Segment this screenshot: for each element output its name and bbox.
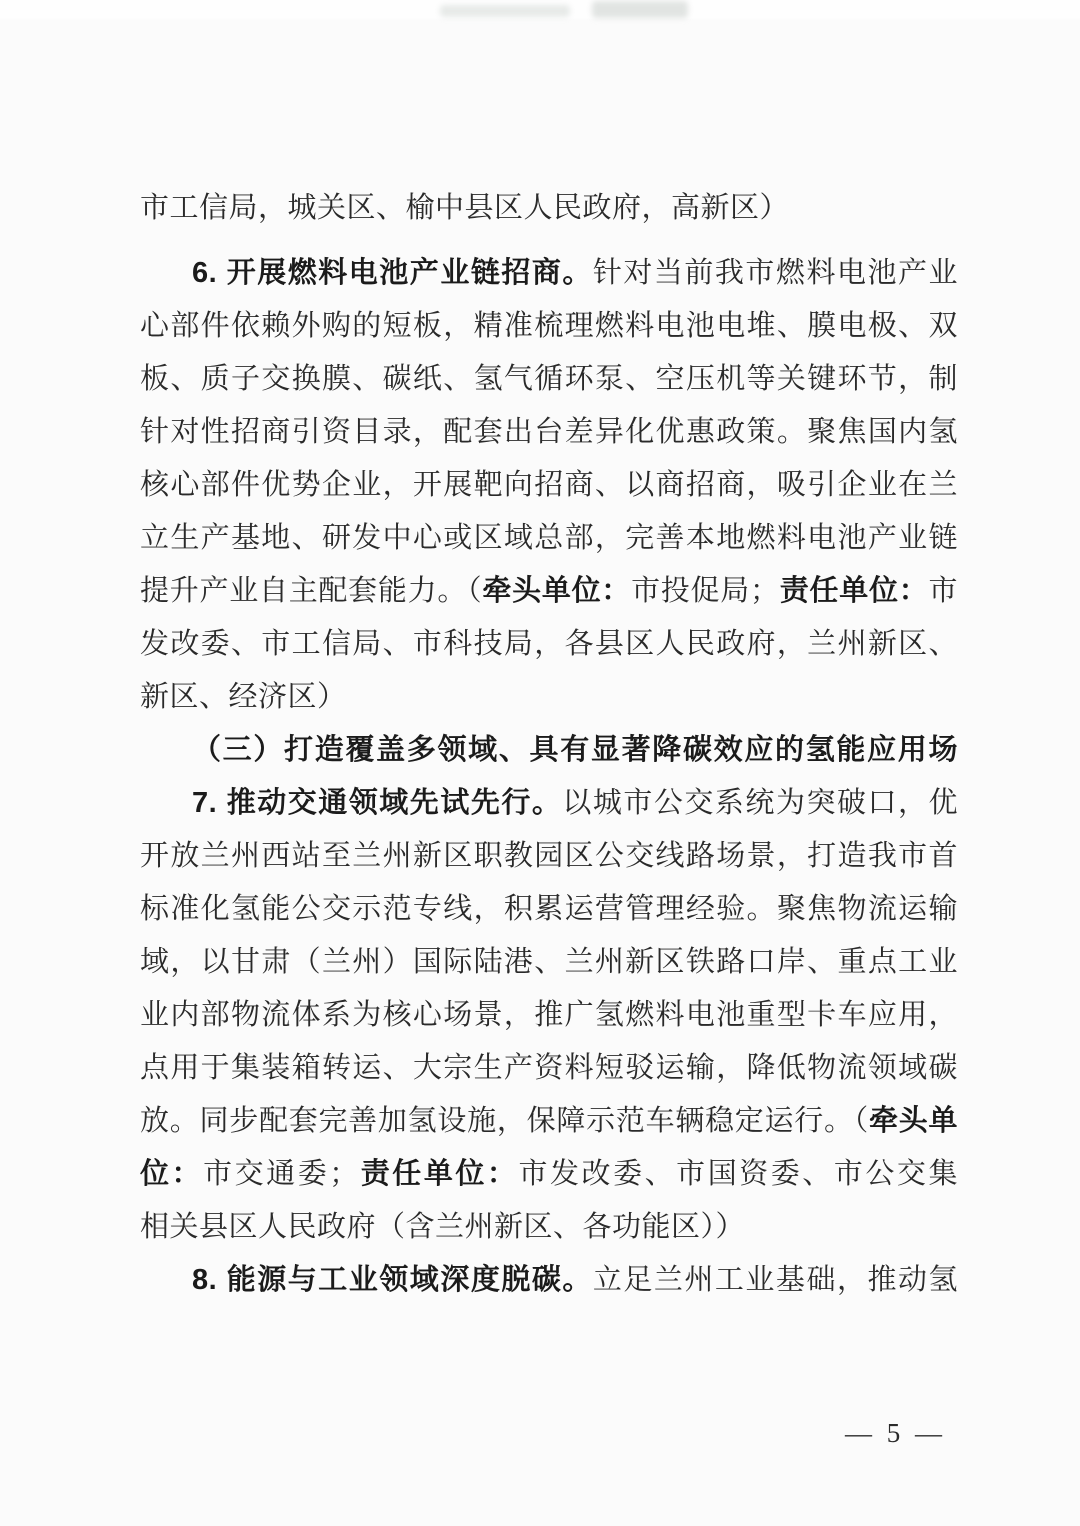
text-line-3: 心部件依赖外购的短板，精准梳理燃料电池电堆、膜电极、双极: [140, 300, 958, 353]
bold-text: 牵头单位：: [482, 575, 631, 607]
bold-text: 责任单位：: [780, 575, 929, 607]
body-text: 市工信局，城关区、榆中县区人民政府，高新区）: [140, 192, 789, 224]
bold-text: 牵头单: [869, 1105, 958, 1137]
body-text: 板、质子交换膜、碳纸、氢气循环泵、空压机等关键环节，制定: [140, 363, 958, 406]
text-line-4: 板、质子交换膜、碳纸、氢气循环泵、空压机等关键环节，制定: [140, 353, 958, 406]
body-text: 心部件依赖外购的短板，精准梳理燃料电池电堆、膜电极、双极: [140, 310, 958, 353]
bold-text: 位：: [140, 1158, 203, 1190]
text-line-2: 6. 开展燃料电池产业链招商。针对当前我市燃料电池产业核: [140, 247, 958, 300]
text-line-12: 7. 推动交通领域先试先行。以城市公交系统为突破口，优先: [140, 777, 958, 830]
text-line-18: 放。同步配套完善加氢设施，保障示范车辆稳定运行。（牵头单: [140, 1095, 958, 1148]
bold-text: 7. 推动交通领域先试先行。: [192, 787, 562, 819]
text-line-20: 相关县区人民政府（含兰州新区、各功能区））: [140, 1201, 958, 1254]
document-page: 市工信局，城关区、榆中县区人民政府，高新区）6. 开展燃料电池产业链招商。针对当…: [0, 0, 1080, 1526]
body-text: 市: [928, 575, 958, 607]
text-line-11: （三）打造覆盖多领域、具有显著降碳效应的氢能应用场景: [140, 724, 958, 777]
text-line-13: 开放兰州西站至兰州新区职教园区公交线路场景，打造我市首条: [140, 830, 958, 883]
text-line-8: 提升产业自主配套能力。（牵头单位：市投促局；责任单位：市: [140, 565, 958, 618]
bold-text: 责任单位：: [359, 1158, 519, 1190]
bold-text: （三）打造覆盖多领域、具有显著降碳效应的氢能应用场景: [140, 734, 958, 777]
bold-text: 6. 开展燃料电池产业链招商。: [192, 257, 593, 289]
body-text: 域，以甘肃（兰州）国际陆港、兰州新区铁路口岸、重点工业企: [140, 946, 958, 989]
text-line-1: 市工信局，城关区、榆中县区人民政府，高新区）: [140, 182, 958, 235]
body-text: 业内部物流体系为核心场景，推广氢燃料电池重型卡车应用，重: [140, 999, 958, 1042]
text-line-10: 新区、经济区）: [140, 671, 958, 724]
text-line-21: 8. 能源与工业领域深度脱碳。立足兰州工业基础，推动氢能: [140, 1254, 958, 1307]
body-text: 新区、经济区）: [140, 681, 347, 713]
body-text: 市投促局；: [631, 575, 779, 607]
body-text: 放。同步配套完善加氢设施，保障示范车辆稳定运行。（: [140, 1105, 869, 1137]
scan-artifact: [440, 5, 570, 17]
page-number: — 5 —: [845, 1418, 946, 1449]
text-line-16: 业内部物流体系为核心场景，推广氢燃料电池重型卡车应用，重: [140, 989, 958, 1042]
document-body: 市工信局，城关区、榆中县区人民政府，高新区）6. 开展燃料电池产业链招商。针对当…: [140, 182, 958, 1307]
scan-artifact: [592, 1, 688, 18]
body-text: 市交通委；: [203, 1158, 359, 1190]
text-line-19: 位：市交通委；责任单位：市发改委、市国资委、市公交集团，: [140, 1148, 958, 1201]
body-text: 开放兰州西站至兰州新区职教园区公交线路场景，打造我市首条: [140, 840, 958, 883]
text-line-6: 核心部件优势企业，开展靶向招商、以商招商，吸引企业在兰设: [140, 459, 958, 512]
bold-text: 8. 能源与工业领域深度脱碳。: [192, 1264, 593, 1296]
text-line-15: 域，以甘肃（兰州）国际陆港、兰州新区铁路口岸、重点工业企: [140, 936, 958, 989]
body-text: 标准化氢能公交示范专线，积累运营管理经验。聚焦物流运输领: [140, 893, 958, 936]
body-text: 相关县区人民政府（含兰州新区、各功能区））: [140, 1211, 745, 1243]
body-text: 立生产基地、研发中心或区域总部，完善本地燃料电池产业链条，: [140, 522, 958, 565]
body-text: 提升产业自主配套能力。（: [140, 575, 482, 607]
text-line-9: 发改委、市工信局、市科技局，各县区人民政府，兰州新区、高: [140, 618, 958, 671]
body-text: 发改委、市工信局、市科技局，各县区人民政府，兰州新区、高: [140, 628, 958, 671]
text-line-5: 针对性招商引资目录，配套出台差异化优惠政策。聚焦国内氢能: [140, 406, 958, 459]
text-line-17: 点用于集装箱转运、大宗生产资料短驳运输，降低物流领域碳排: [140, 1042, 958, 1095]
text-line-7: 立生产基地、研发中心或区域总部，完善本地燃料电池产业链条，: [140, 512, 958, 565]
body-text: 点用于集装箱转运、大宗生产资料短驳运输，降低物流领域碳排: [140, 1052, 958, 1095]
body-text: 核心部件优势企业，开展靶向招商、以商招商，吸引企业在兰设: [140, 469, 958, 512]
text-line-14: 标准化氢能公交示范专线，积累运营管理经验。聚焦物流运输领: [140, 883, 958, 936]
body-text: 针对性招商引资目录，配套出台差异化优惠政策。聚焦国内氢能: [140, 416, 958, 459]
